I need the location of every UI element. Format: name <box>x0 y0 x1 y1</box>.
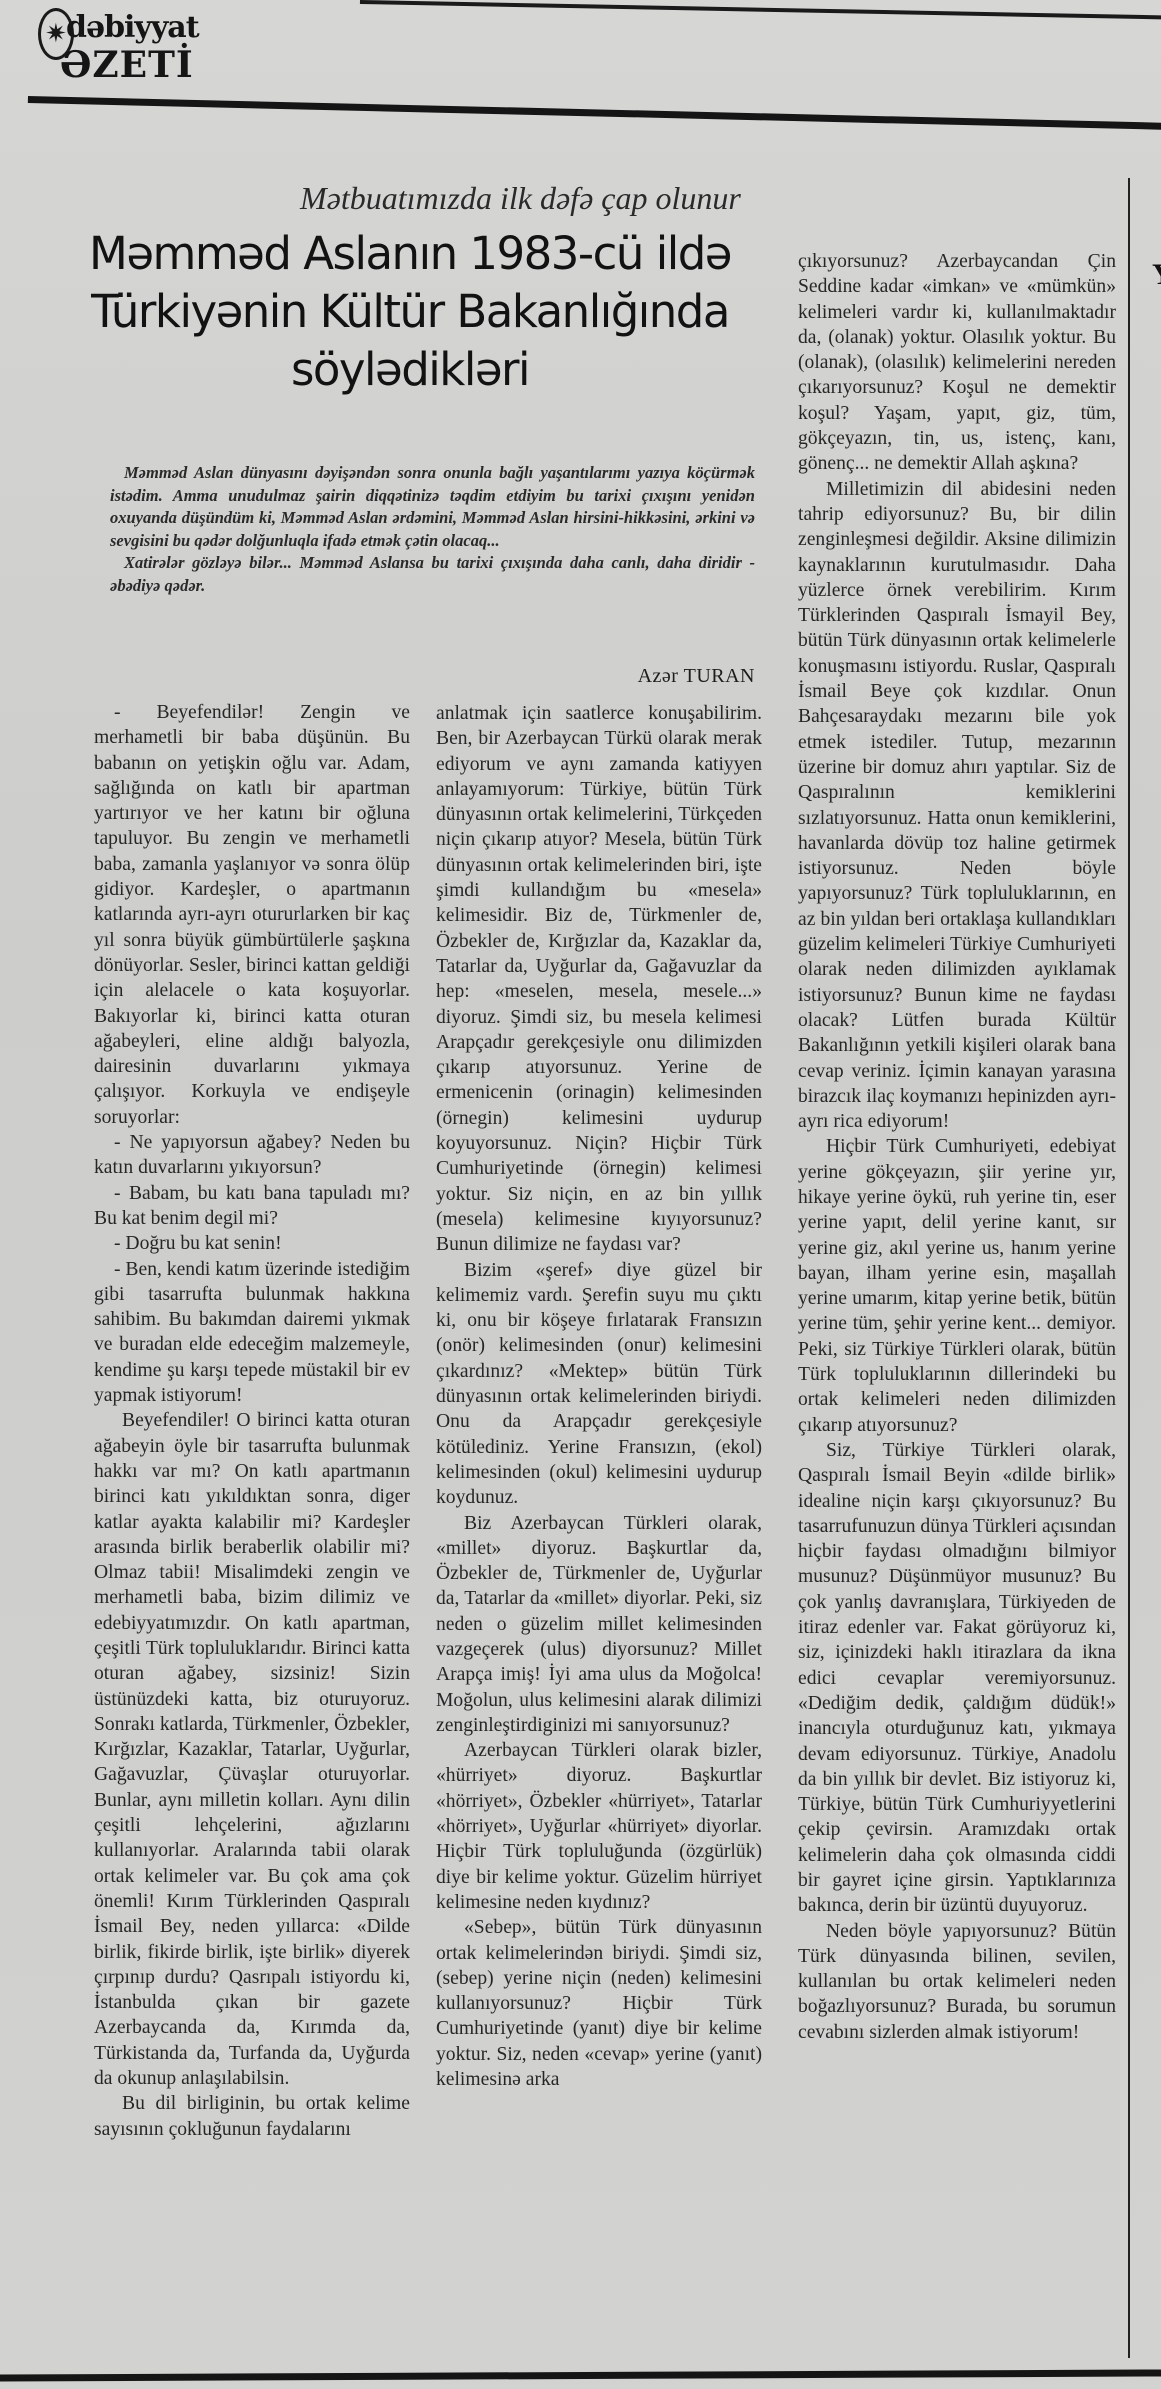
paragraph: «Sebep», bütün Türk dünyasının ortak kel… <box>436 1915 762 2092</box>
paragraph: - Ne yapıyorsun ağabey? Neden bu katın d… <box>94 1130 410 1181</box>
paragraph: - Doğru bu kat senin! <box>94 1231 410 1256</box>
article-headline: Məmməd Aslanın 1983-cü ildə Türkiyənin K… <box>60 225 760 399</box>
article-lead: Məmməd Aslan dünyasını dəyişəndən sonra … <box>110 462 755 597</box>
article-byline: Azər TURAN <box>610 665 755 688</box>
article-column-1: - Beyefendilər! Zengin ve merhametli bir… <box>94 700 410 2142</box>
paragraph: Azerbaycan Türkleri olarak bizler, «hürr… <box>436 1738 762 1915</box>
footer-rule <box>0 2369 1161 2381</box>
lead-paragraph: Xatirələr gözləyə bilər... Məmməd Aslans… <box>110 552 755 597</box>
paragraph: çıkıyorsunuz? Azerbaycandan Çin Seddine … <box>798 249 1116 477</box>
masthead-line2: ƏZETİ <box>60 44 194 86</box>
paragraph: Hiçbir Türk Cumhuriyeti, edebiyat yerine… <box>798 1134 1116 1438</box>
paragraph: Bizim «şeref» diye güzel bir kelimemiz v… <box>436 1258 762 1511</box>
top-rule <box>360 0 1161 20</box>
paragraph: Beyefendiler! O birinci katta oturan ağa… <box>94 1408 410 2091</box>
paragraph: Biz Azerbaycan Türkleri olarak, «millet»… <box>436 1511 762 1739</box>
lead-paragraph: Məmməd Aslan dünyasını dəyişəndən sonra … <box>110 462 755 552</box>
paragraph: Bu dil birliginin, bu ortak kelime sayıs… <box>94 2091 410 2142</box>
paragraph: Siz, Türkiye Türkleri olarak, Qaspıralı … <box>798 1438 1116 1919</box>
column-frame-rule <box>1128 178 1130 2358</box>
masthead-logo: dəbiyyat ƏZETİ <box>38 8 158 88</box>
paragraph: Neden böyle yapıyorsunuz? Bütün Türk dün… <box>798 1919 1116 2045</box>
article-column-2: anlatmak için saatlerce konuşabilirim. B… <box>436 701 762 2092</box>
headline-line-3: söylədikləri <box>60 341 760 399</box>
headline-line-1: Məmməd Aslanın 1983-cü ildə <box>60 225 760 283</box>
article-column-3: çıkıyorsunuz? Azerbaycandan Çin Seddine … <box>798 249 1116 2045</box>
header-rule <box>28 96 1161 130</box>
newspaper-page: dəbiyyat ƏZETİ Y Mətbuatımızda ilk dəfə … <box>0 0 1161 2389</box>
paragraph: - Beyefendilər! Zengin ve merhametli bir… <box>94 700 410 1130</box>
paragraph: Milletimizin dil abidesini neden tahrip … <box>798 477 1116 1135</box>
adjacent-article-fragment: Y <box>1152 258 1161 292</box>
masthead-line1: dəbiyyat <box>66 10 199 45</box>
paragraph: - Ben, kendi katım üzerinde istediğim gi… <box>94 1257 410 1409</box>
headline-line-2: Türkiyənin Kültür Bakanlığında <box>60 283 760 341</box>
paragraph: anlatmak için saatlerce konuşabilirim. B… <box>436 701 762 1258</box>
article-kicker: Mətbuatımızda ilk dəfə çap olunur <box>300 180 780 217</box>
paragraph: - Babam, bu katı bana tapuladı mı? Bu ka… <box>94 1181 410 1232</box>
